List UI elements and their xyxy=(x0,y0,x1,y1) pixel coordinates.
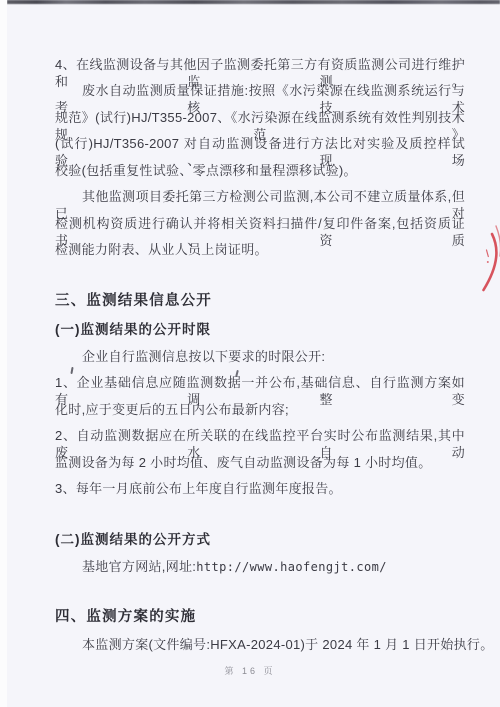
section-heading-4: 四、监测方案的实施 xyxy=(55,609,465,626)
red-pen-mark xyxy=(470,222,500,300)
website-label: 基地官方网站,网址: xyxy=(82,559,196,574)
text-line-implementation: 本监测方案(文件编号:HFXA-2024-01)于 2024 年 1 月 1 日… xyxy=(55,636,465,653)
footer-page-number: 第 16 页 xyxy=(0,664,500,677)
scan-artifact-left-edge xyxy=(0,0,7,707)
sub-heading-3-1: (一)监测结果的公开时限 xyxy=(55,321,465,338)
scanned-document-page: 4、在线监测设备与其他因子监测委托第三方有资质监测公司进行维护和监测。 废水自动… xyxy=(0,0,500,707)
text-line-website: 基地官方网站,网址:http://www.haofengjt.com/ xyxy=(55,558,465,576)
text-line-wastewater-4: 校验(包括重复性试验、零点漂移和量程漂移试验)。 xyxy=(55,162,465,179)
text-line-item3: 3、每年一月底前公布上年度自行监测年度报告。 xyxy=(55,480,465,497)
section-heading-3: 三、监测结果信息公开 xyxy=(55,293,465,310)
sub-heading-3-2: (二)监测结果的公开方式 xyxy=(55,531,465,548)
text-line-item1-2: 化时,应于变更后的五日内公布最新内容; xyxy=(55,401,465,418)
website-url: http://www.haofengjt.com/ xyxy=(196,560,387,574)
text-line-item2-2: 监测设备为每 2 小时均值、废气自动监测设备为每 1 小时均值。 xyxy=(55,454,465,471)
text-line-intro: 企业自行监测信息按以下要求的时限公开: xyxy=(55,348,465,365)
text-line-other-3: 检测能力附表、从业人员上岗证明。 xyxy=(55,241,465,258)
scan-artifact-top-edge xyxy=(7,0,500,4)
